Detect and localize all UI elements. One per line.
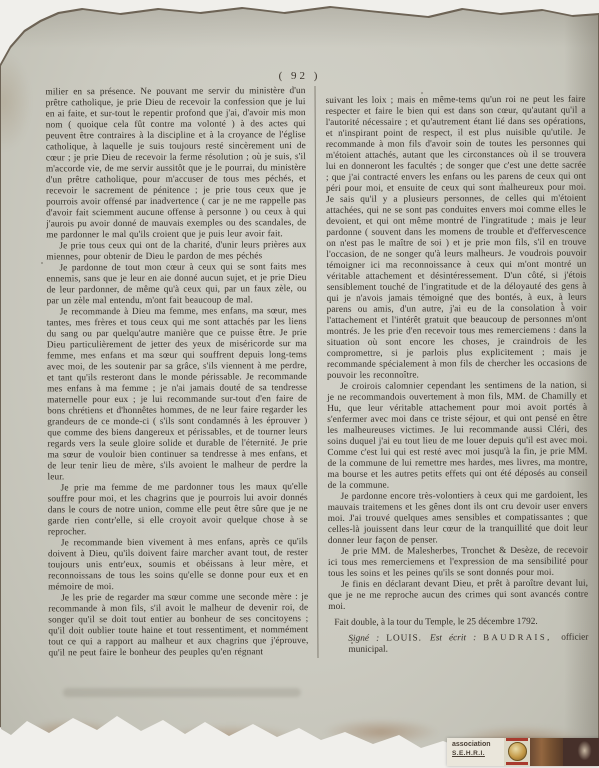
signature-line: Signé : LOUIS. Est écrit : BAUDRAIS, off… [328, 632, 588, 656]
column-right-paragraphs: suivant les loix ; mais en même-tems qu'… [326, 95, 589, 613]
paragraph: suivant les loix ; mais en même-tems qu'… [326, 95, 587, 382]
text-block: milier en sa présence. Ne pouvant me ser… [46, 85, 589, 660]
seal-banner-bottom [506, 762, 528, 765]
paragraph: Je finis en déclarant devant Dieu, et pr… [328, 579, 588, 613]
association-stamp: association S.E.H.R.I. [447, 738, 599, 766]
signature-writer: BAUDRAIS, [483, 632, 561, 642]
dateline: Fait double, à la tour du Temple, le 25 … [328, 617, 588, 629]
stamp-photo-interior [530, 738, 563, 766]
association-stamp-text: association S.E.H.R.I. [447, 738, 504, 766]
paragraph: Je pardonne de tout mon cœur à ceux qui … [46, 262, 306, 307]
signature-name: LOUIS. [386, 633, 430, 643]
paragraph: milier en sa présence. Ne pouvant me ser… [46, 86, 307, 241]
paragraph: Je pardonne encore très-volontiers à ceu… [328, 491, 588, 547]
paper-specks [1, 2, 3, 4]
paper-sheet: ( 92 ) milier en sa présence. Ne pouvant… [1, 2, 598, 766]
paragraph: Je prie MM. de Malesherbes, Tronchet & D… [328, 546, 588, 580]
paragraph: Je les prie de regarder ma sœur comme un… [48, 592, 308, 659]
association-label: association [452, 741, 504, 749]
seal-image [504, 738, 530, 766]
paragraph: Je prie ma femme de me pardonner tous le… [48, 482, 308, 538]
stamp-photo-figure [563, 738, 599, 766]
ink-bleedthrough-smudge [63, 688, 301, 697]
signature-mid: Est écrit : [430, 633, 483, 643]
paragraph: Je recommande bien vivement à mes enfans… [48, 537, 308, 593]
page-number: ( 92 ) [1, 70, 598, 82]
paragraph: Je prie tous ceux qui ont de la charité,… [46, 240, 306, 263]
signature-prefix: Signé : [348, 634, 386, 644]
column-right: suivant les loix ; mais en même-tems qu'… [315, 85, 589, 658]
round-seal-icon [508, 742, 527, 761]
top-shadow [1, 2, 598, 48]
paragraph: Je croirois calomnier cependant les sent… [327, 381, 588, 492]
scanned-document-page: ( 92 ) milier en sa présence. Ne pouvant… [0, 0, 599, 768]
column-left: milier en sa présence. Ne pouvant me ser… [46, 86, 318, 659]
seal-banner-top [506, 738, 528, 741]
sehri-label: S.E.H.R.I. [452, 749, 504, 758]
paragraph: Je recommande à Dieu ma femme, mes enfan… [47, 306, 308, 483]
